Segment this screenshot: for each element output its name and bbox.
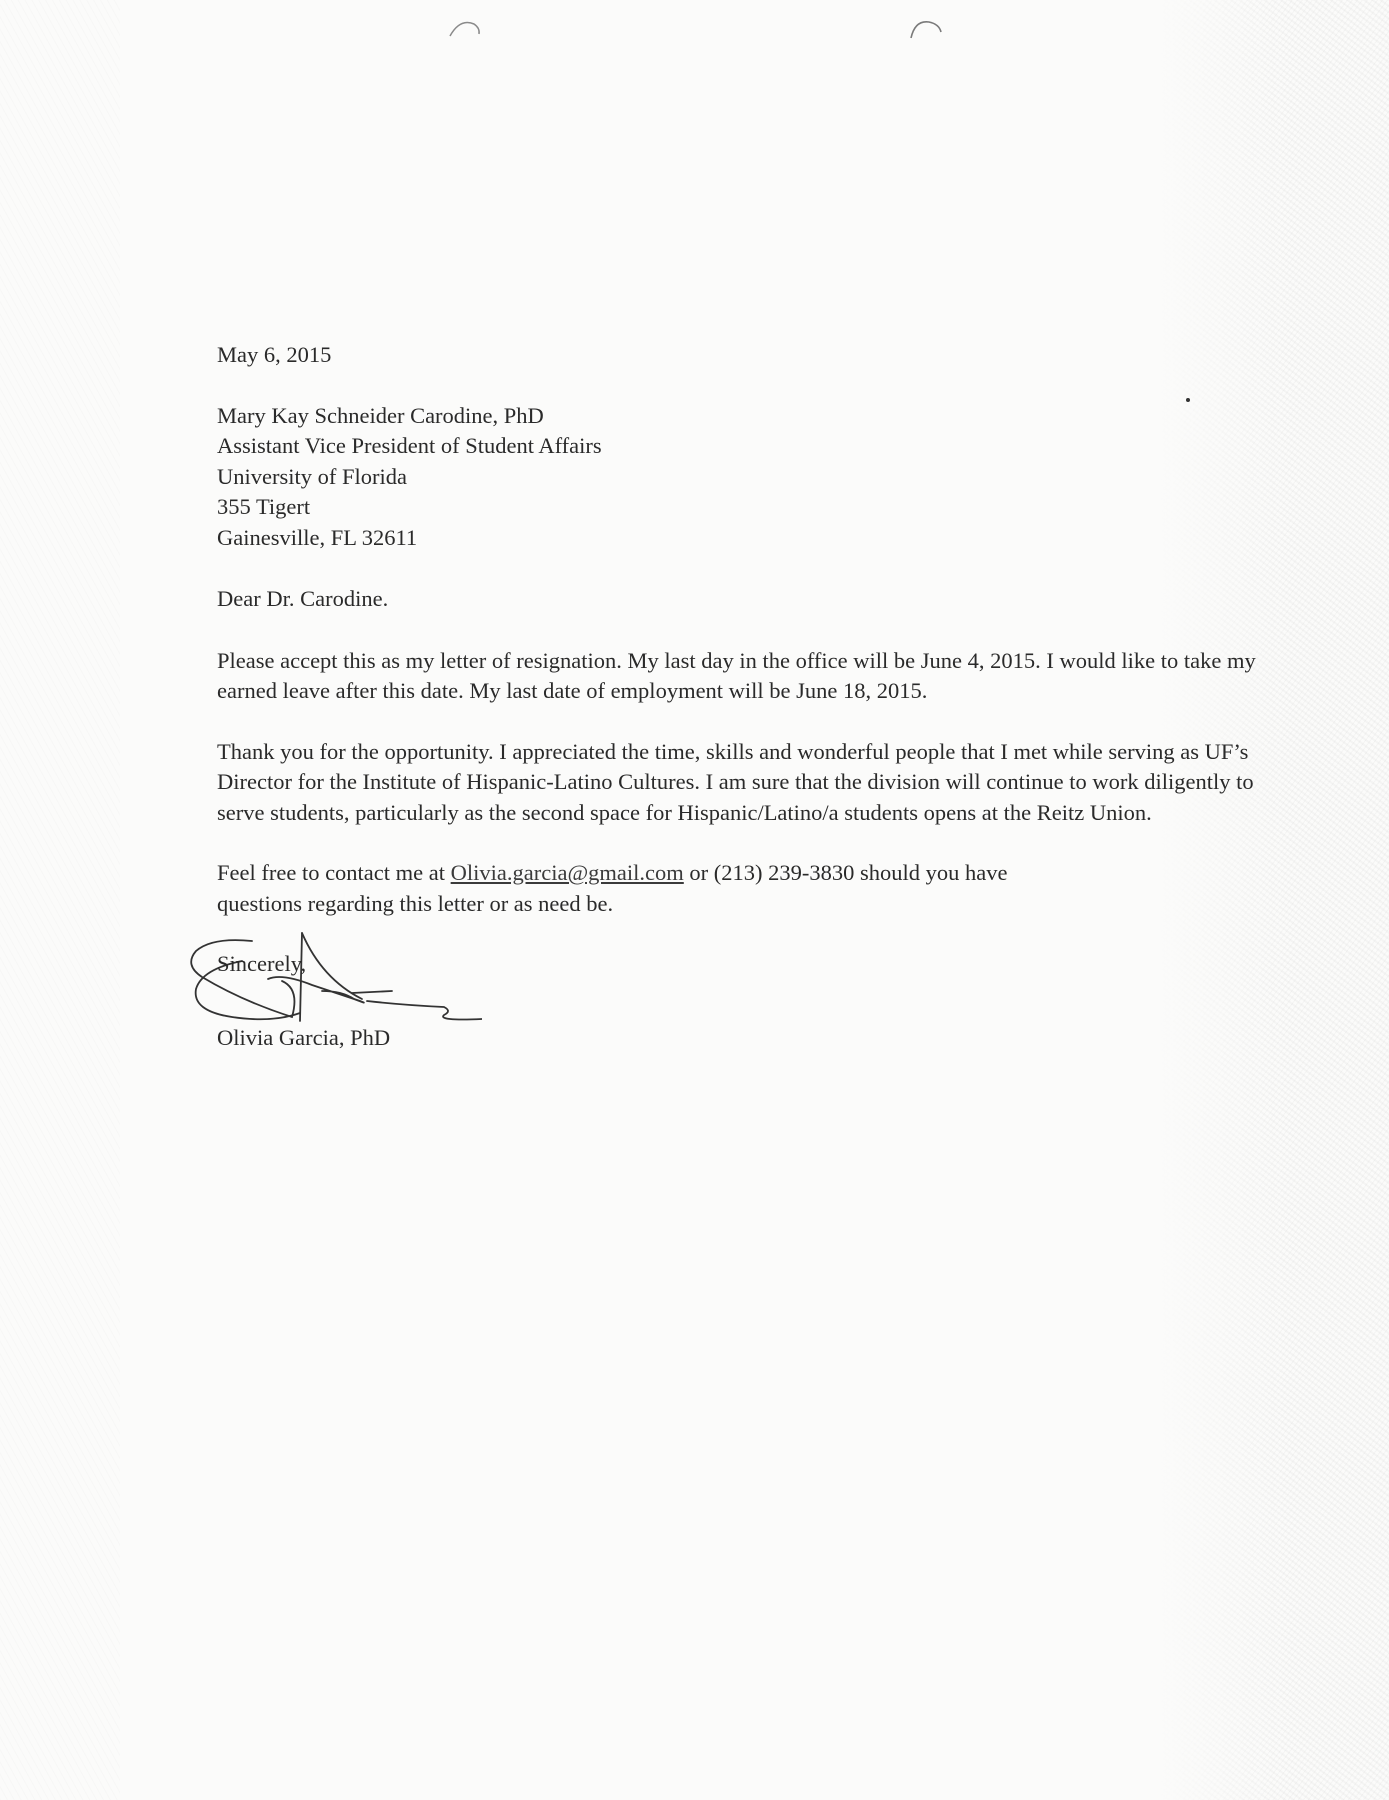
- paragraph-contact: Feel free to contact me at Olivia.garcia…: [217, 858, 1257, 919]
- contact-suffix: questions regarding this letter or as ne…: [217, 891, 613, 916]
- hole-punch-mark-left: [446, 16, 486, 40]
- letter-body: May 6, 2015 Mary Kay Schneider Carodine,…: [217, 340, 1257, 1059]
- paragraph-resignation: Please accept this as my letter of resig…: [217, 646, 1257, 707]
- closing: Sincerely,: [217, 949, 306, 980]
- handwritten-signature: [182, 929, 482, 1034]
- signer-name: Olivia Garcia, PhD: [217, 1023, 390, 1054]
- email-link[interactable]: Olivia.garcia@gmail.com: [451, 860, 684, 885]
- recipient-institution: University of Florida: [217, 462, 1257, 493]
- recipient-title: Assistant Vice President of Student Affa…: [217, 431, 1257, 462]
- contact-prefix: Feel free to contact me at: [217, 860, 451, 885]
- closing-block: Sincerely, Olivia Garcia, PhD: [217, 949, 1257, 1059]
- paragraph-thanks: Thank you for the opportunity. I appreci…: [217, 737, 1257, 829]
- recipient-address-line: 355 Tigert: [217, 492, 1257, 523]
- recipient-name: Mary Kay Schneider Carodine, PhD: [217, 401, 1257, 432]
- hole-punch-mark-right: [905, 16, 945, 40]
- recipient-city-state-zip: Gainesville, FL 32611: [217, 523, 1257, 554]
- contact-phone-text: or (213) 239-3830 should you have: [684, 860, 1008, 885]
- letter-date: May 6, 2015: [217, 340, 1257, 371]
- salutation: Dear Dr. Carodine.: [217, 584, 1257, 615]
- scan-noise-left: [0, 0, 120, 1800]
- recipient-address-block: Mary Kay Schneider Carodine, PhD Assista…: [217, 401, 1257, 554]
